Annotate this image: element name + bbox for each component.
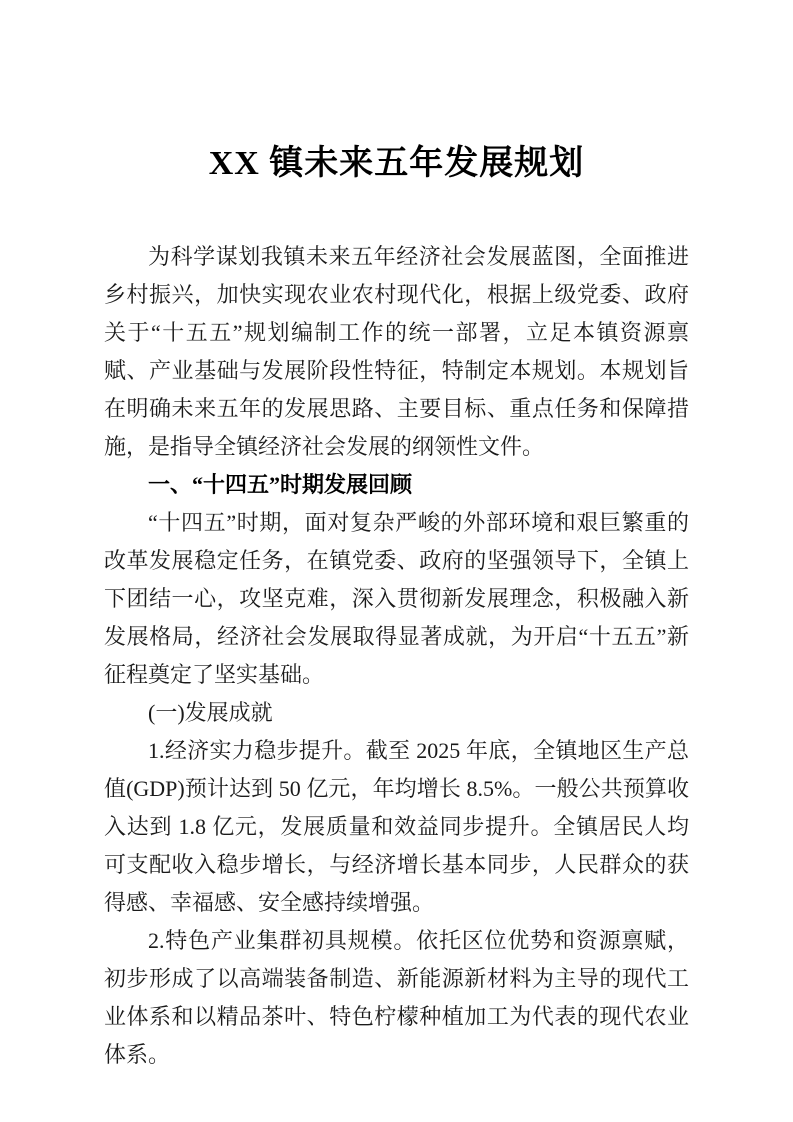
section-1-heading: 一、“十四五”时期发展回顾 — [104, 466, 689, 504]
intro-paragraph: 为科学谋划我镇未来五年经济社会发展蓝图，全面推进乡村振兴，加快实现农业农村现代化… — [104, 238, 689, 466]
achievement-1-economy-paragraph: 1.经济实力稳步提升。截至 2025 年底，全镇地区生产总值(GDP)预计达到 … — [104, 732, 689, 922]
document-content: XX 镇未来五年发展规划 为科学谋划我镇未来五年经济社会发展蓝图，全面推进乡村振… — [0, 140, 793, 1074]
subsection-achievements-heading: (一)发展成就 — [104, 694, 689, 732]
document-page: XX 镇未来五年发展规划 为科学谋划我镇未来五年经济社会发展蓝图，全面推进乡村振… — [0, 0, 793, 1122]
achievement-2-industry-paragraph: 2.特色产业集群初具规模。依托区位优势和资源禀赋，初步形成了以高端装备制造、新能… — [104, 922, 689, 1074]
document-title: XX 镇未来五年发展规划 — [104, 140, 689, 188]
section-1-review-paragraph: “十四五”时期，面对复杂严峻的外部环境和艰巨繁重的改革发展稳定任务，在镇党委、政… — [104, 504, 689, 694]
document-body: 为科学谋划我镇未来五年经济社会发展蓝图，全面推进乡村振兴，加快实现农业农村现代化… — [104, 238, 689, 1074]
